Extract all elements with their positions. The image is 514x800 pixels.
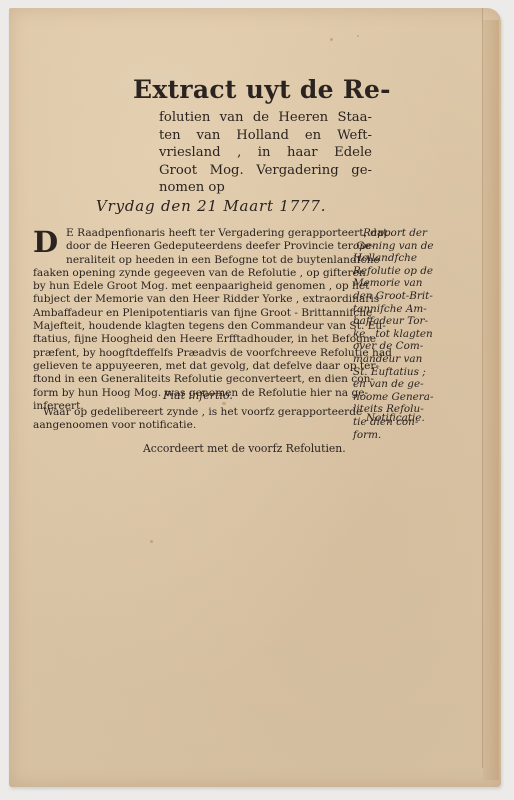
body-line: Ambaffadeur en Plenipotentiaris van fijn… bbox=[33, 307, 345, 320]
fiat-insertio: Fiat infertio. bbox=[163, 389, 233, 402]
margin-line: Memorie van bbox=[353, 277, 425, 290]
margin-line: en van de ge- bbox=[353, 378, 425, 391]
subtitle-line: vriesland , in haar Edele bbox=[159, 144, 372, 162]
body-line: præfent, by hoogftdeffelfs Præadvis de v… bbox=[33, 347, 345, 360]
margin-line: noome Genera- bbox=[353, 391, 425, 404]
body-line: neraliteit op heeden in een Befogne tot … bbox=[33, 254, 345, 267]
body-line: ftatius, fijne Hoogheid den Heere Erffta… bbox=[33, 333, 345, 346]
document-title: Extract uyt de Re- bbox=[133, 76, 391, 104]
body-line: fubject der Memorie van den Heer Ridder … bbox=[33, 293, 345, 306]
subtitle-line: Groot Mog. Vergadering ge- bbox=[159, 162, 372, 180]
body-line: by hun Edele Groot Mog. met eenpaarighei… bbox=[33, 280, 345, 293]
foxing-spot bbox=[357, 35, 359, 37]
subtitle-line: folutien van de Heeren Staa- bbox=[159, 109, 372, 127]
body-line: faaken opening zynde gegeeven van de Ref… bbox=[33, 267, 345, 280]
margin-line: over de Com- bbox=[353, 340, 425, 353]
accordeert-line: Accordeert met de voorfz Refolutien. bbox=[143, 442, 346, 455]
body-line: Majefteit, houdende klagten tegens den C… bbox=[33, 320, 345, 333]
document-date: Vrydag den 21 Maart 1777. bbox=[96, 197, 326, 215]
document-subtitle: folutien van de Heeren Staa- ten van Hol… bbox=[159, 109, 372, 197]
notificatie-note: Notificatie. bbox=[366, 412, 425, 424]
margin-line: tannifche Am- bbox=[353, 303, 425, 316]
margin-line: opening van de bbox=[353, 240, 425, 253]
subtitle-line: nomen op bbox=[159, 179, 372, 197]
body-line: Waar op gedelibereert zynde , is het voo… bbox=[33, 406, 345, 419]
foxing-spot bbox=[330, 38, 333, 41]
fold-line bbox=[482, 8, 483, 768]
margin-line: baffadeur Tor- bbox=[353, 315, 425, 328]
body-line: door de Heeren Gedeputeerdens deefer Pro… bbox=[33, 240, 345, 253]
body-line: E Raadpenfionaris heeft ter Vergadering … bbox=[33, 227, 345, 240]
margin-line: ke , tot klagten bbox=[353, 328, 425, 341]
margin-line: mandeur van bbox=[353, 353, 425, 366]
foxing-spot bbox=[150, 540, 153, 543]
body-line: gelieven te appuyeeren, met dat gevolg, … bbox=[33, 360, 345, 373]
margin-note: Rapport der opening van de Hollandfche R… bbox=[353, 227, 425, 441]
margin-line: Hollandfche bbox=[353, 252, 425, 265]
margin-line: Refolutie op de bbox=[353, 265, 425, 278]
body-line: aangenoomen voor notificatie. bbox=[33, 419, 345, 432]
margin-line: den Groot-Brit- bbox=[353, 290, 425, 303]
margin-line: St. Euftatius ; bbox=[353, 366, 425, 379]
margin-line: Rapport der bbox=[353, 227, 425, 240]
margin-line: form. bbox=[353, 429, 425, 442]
body-line: ftond in een Generaliteits Refolutie gec… bbox=[33, 373, 345, 386]
deliberation-paragraph: Waar op gedelibereert zynde , is het voo… bbox=[33, 406, 345, 433]
body-paragraph: E Raadpenfionaris heeft ter Vergadering … bbox=[33, 227, 345, 413]
subtitle-line: ten van Holland en Weft- bbox=[159, 127, 372, 145]
page-edge-strip bbox=[483, 20, 499, 780]
